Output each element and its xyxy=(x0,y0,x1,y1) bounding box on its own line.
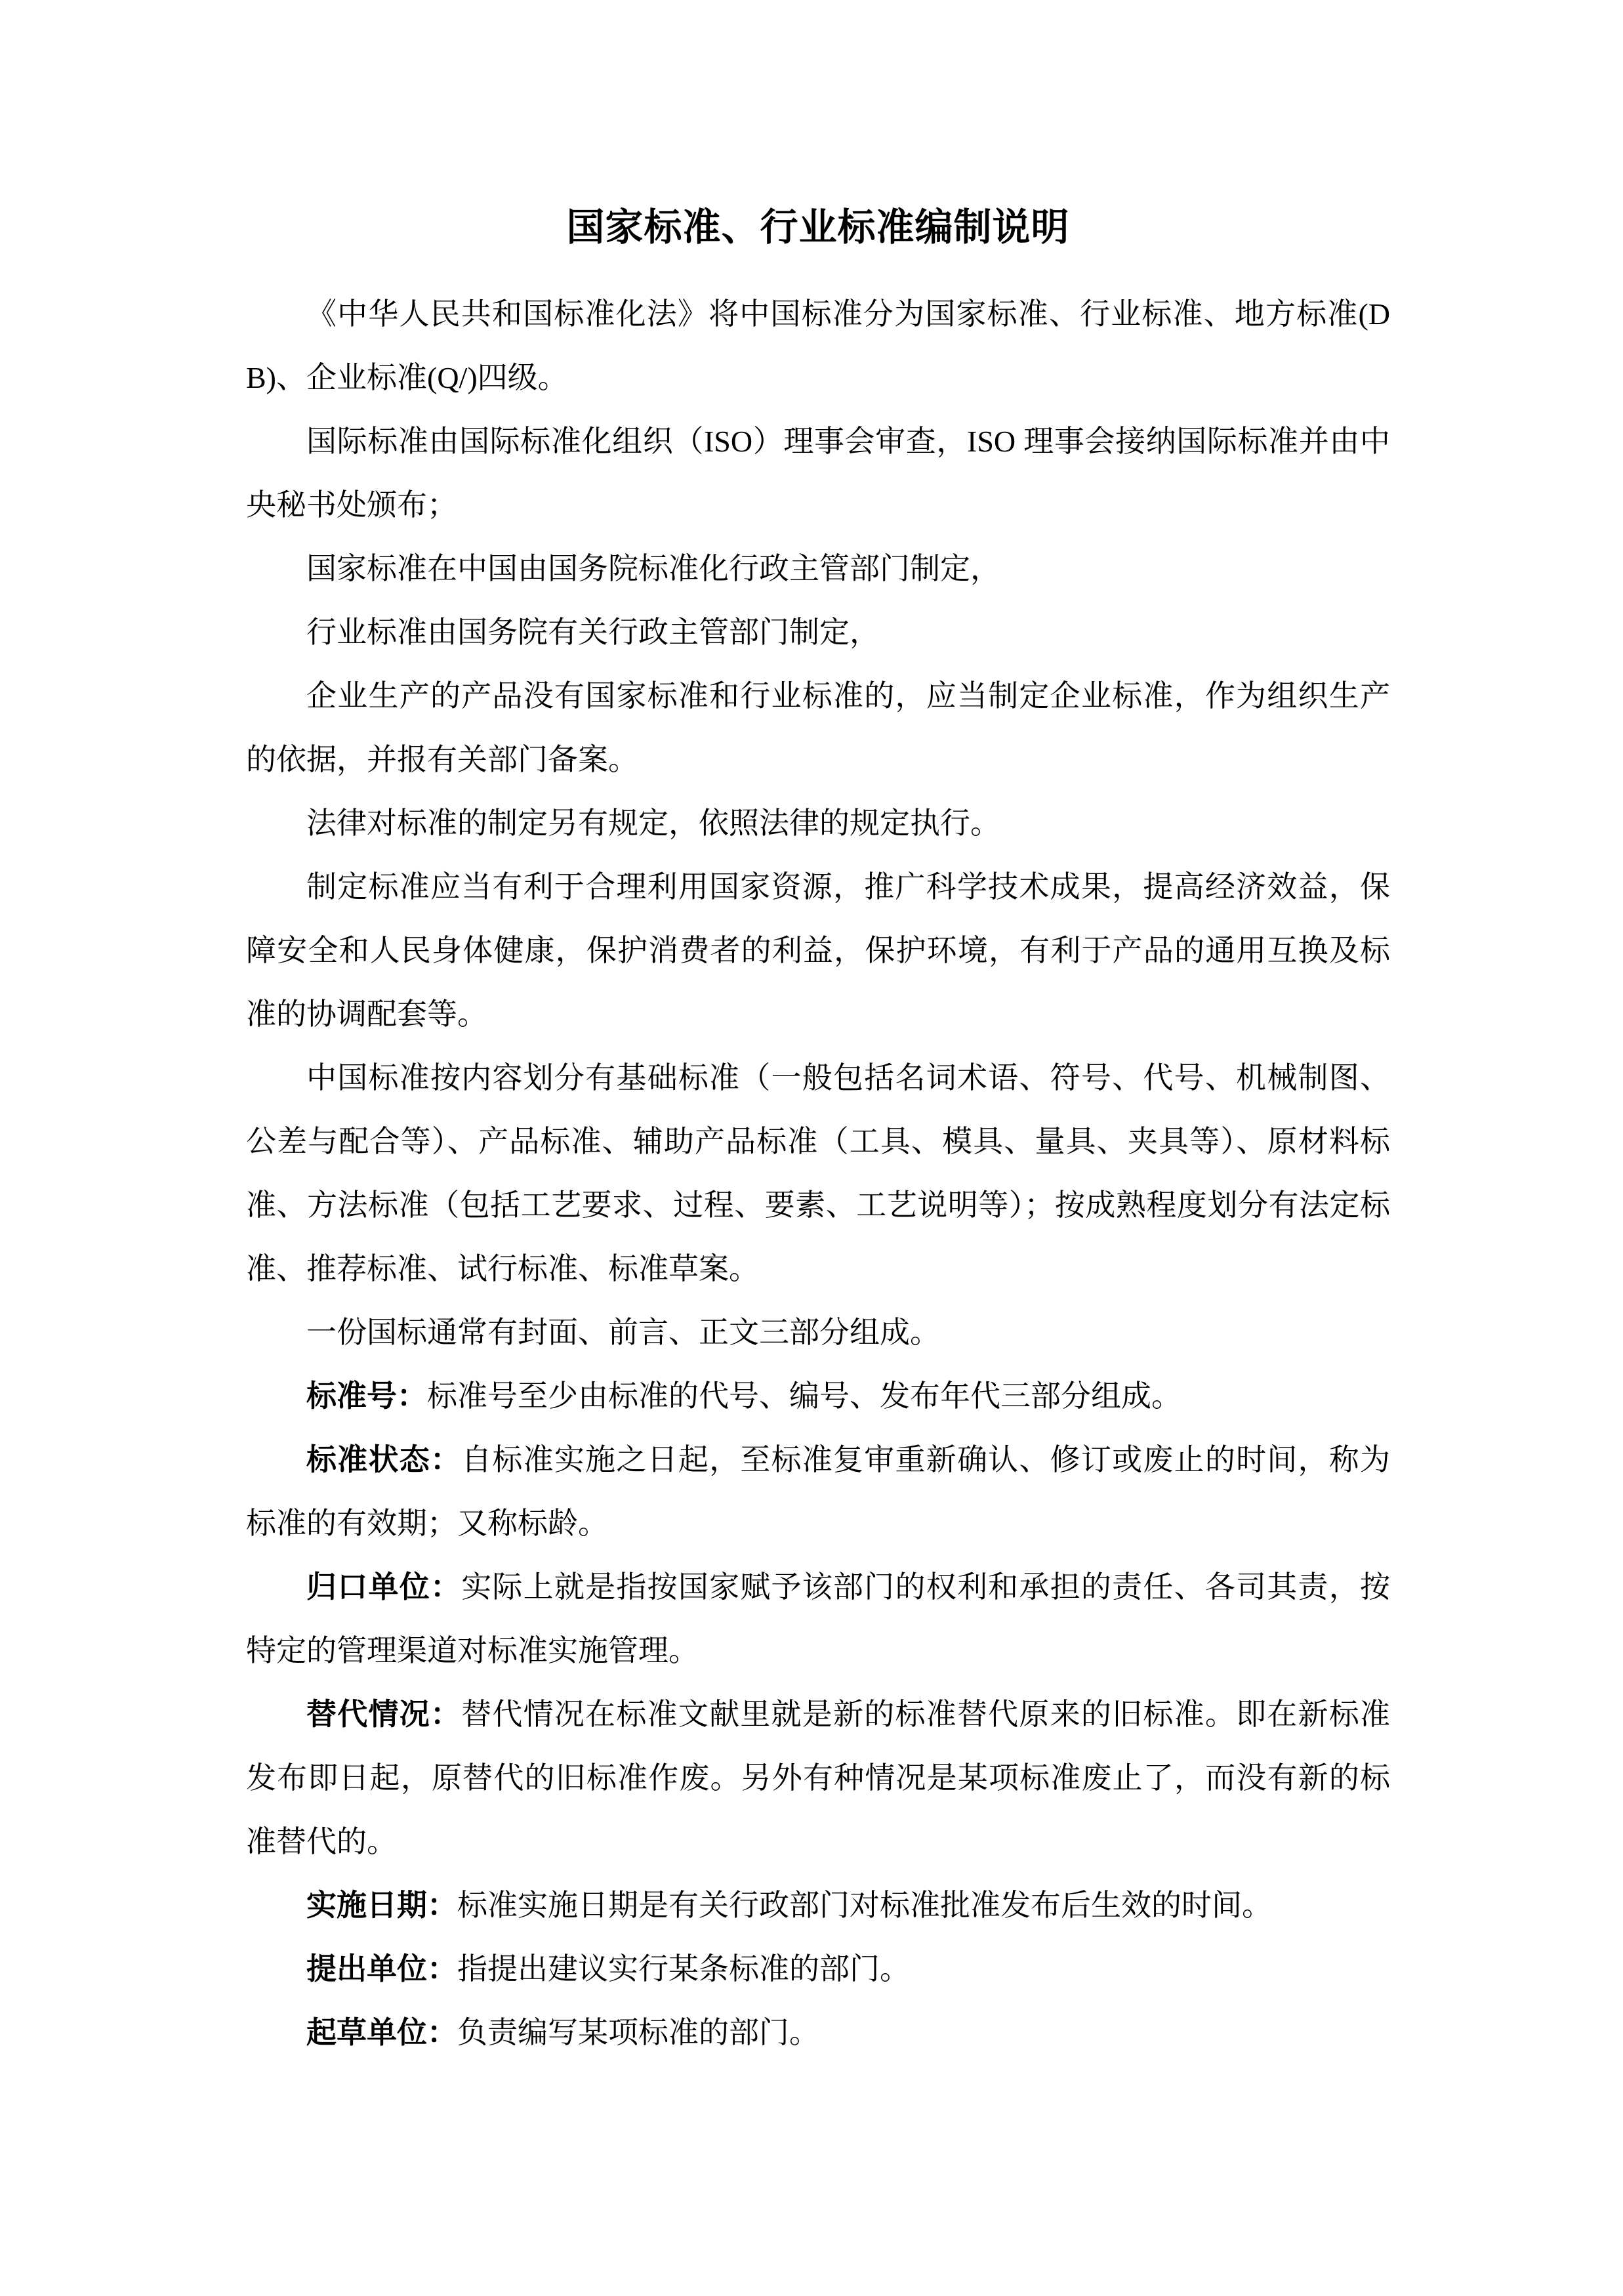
term-label-proposing-unit: 提出单位： xyxy=(306,1952,457,1986)
paragraph-centralized-unit: 归口单位：实际上就是指按国家赋予该部门的权利和承担的责任、各司其责，按特定的管理… xyxy=(246,1555,1390,1682)
term-label-replacement-status: 替代情况： xyxy=(306,1698,461,1731)
paragraph-replacement-status: 替代情况：替代情况在标准文献里就是新的标准替代原来的旧标准。即在新标准发布即日起… xyxy=(246,1682,1390,1873)
term-label-standard-status: 标准状态： xyxy=(306,1443,461,1476)
paragraph-industry-standard: 行业标准由国务院有关行政主管部门制定， xyxy=(246,600,1390,664)
paragraph-implementation-date: 实施日期：标准实施日期是有关行政部门对标准批准发布后生效的时间。 xyxy=(246,1873,1390,1937)
paragraph-text: 指提出建议实行某条标准的部门。 xyxy=(457,1952,910,1986)
term-label-implementation-date: 实施日期： xyxy=(306,1889,457,1922)
term-label-drafting-unit: 起草单位： xyxy=(306,2016,457,2049)
paragraph-international-standard: 国际标准由国际标准化组织（ISO）理事会审查，ISO 理事会接纳国际标准并由中央… xyxy=(246,409,1390,537)
paragraph-text: 一份国标通常有封面、前言、正文三部分组成。 xyxy=(306,1316,940,1349)
paragraph-proposing-unit: 提出单位：指提出建议实行某条标准的部门。 xyxy=(246,1937,1390,2001)
paragraph-text: 负责编写某项标准的部门。 xyxy=(457,2016,819,2049)
term-label-centralized-unit: 归口单位： xyxy=(306,1570,461,1604)
paragraph-text: 法律对标准的制定另有规定，依照法律的规定执行。 xyxy=(306,806,1000,840)
paragraph-text: 制定标准应当有利于合理利用国家资源，推广科学技术成果，提高经济效益，保障安全和人… xyxy=(246,870,1390,1031)
paragraph-text: 标准号至少由标准的代号、编号、发布年代三部分组成。 xyxy=(427,1379,1181,1413)
paragraph-text: 国际标准由国际标准化组织（ISO）理事会审查，ISO 理事会接纳国际标准并由中央… xyxy=(246,425,1390,522)
paragraph-text: 企业生产的产品没有国家标准和行业标准的，应当制定企业标准，作为组织生产的依据，并… xyxy=(246,679,1390,776)
paragraph-standard-status: 标准状态：自标准实施之日起，至标准复审重新确认、修订或废止的时间，称为标准的有效… xyxy=(246,1428,1390,1555)
paragraph-standard-number: 标准号：标准号至少由标准的代号、编号、发布年代三部分组成。 xyxy=(246,1364,1390,1428)
paragraph-standard-benefits: 制定标准应当有利于合理利用国家资源，推广科学技术成果，提高经济效益，保障安全和人… xyxy=(246,855,1390,1046)
paragraph-text: 《中华人民共和国标准化法》将中国标准分为国家标准、行业标准、地方标准(DB)、企… xyxy=(246,297,1390,394)
paragraph-national-standard: 国家标准在中国由国务院标准化行政主管部门制定， xyxy=(246,537,1390,600)
paragraph-standardization-law: 《中华人民共和国标准化法》将中国标准分为国家标准、行业标准、地方标准(DB)、企… xyxy=(246,282,1390,409)
paragraph-gb-composition: 一份国标通常有封面、前言、正文三部分组成。 xyxy=(246,1301,1390,1364)
document-body: 国家标准、行业标准编制说明 《中华人民共和国标准化法》将中国标准分为国家标准、行… xyxy=(0,0,1623,2064)
paragraph-text: 标准实施日期是有关行政部门对标准批准发布后生效的时间。 xyxy=(457,1889,1272,1922)
term-label-standard-number: 标准号： xyxy=(306,1379,427,1413)
paragraph-text: 行业标准由国务院有关行政主管部门制定， xyxy=(306,616,880,649)
page-title: 国家标准、行业标准编制说明 xyxy=(246,209,1390,247)
paragraph-enterprise-standard: 企业生产的产品没有国家标准和行业标准的，应当制定企业标准，作为组织生产的依据，并… xyxy=(246,664,1390,791)
document-page: 国家标准、行业标准编制说明 《中华人民共和国标准化法》将中国标准分为国家标准、行… xyxy=(0,0,1623,2296)
paragraph-text: 国家标准在中国由国务院标准化行政主管部门制定， xyxy=(306,552,1000,585)
paragraph-drafting-unit: 起草单位：负责编写某项标准的部门。 xyxy=(246,2001,1390,2064)
paragraph-law-provision: 法律对标准的制定另有规定，依照法律的规定执行。 xyxy=(246,791,1390,855)
paragraph-text: 中国标准按内容划分有基础标准（一般包括名词术语、符号、代号、机械制图、公差与配合… xyxy=(246,1061,1390,1285)
paragraph-standard-classification: 中国标准按内容划分有基础标准（一般包括名词术语、符号、代号、机械制图、公差与配合… xyxy=(246,1046,1390,1301)
